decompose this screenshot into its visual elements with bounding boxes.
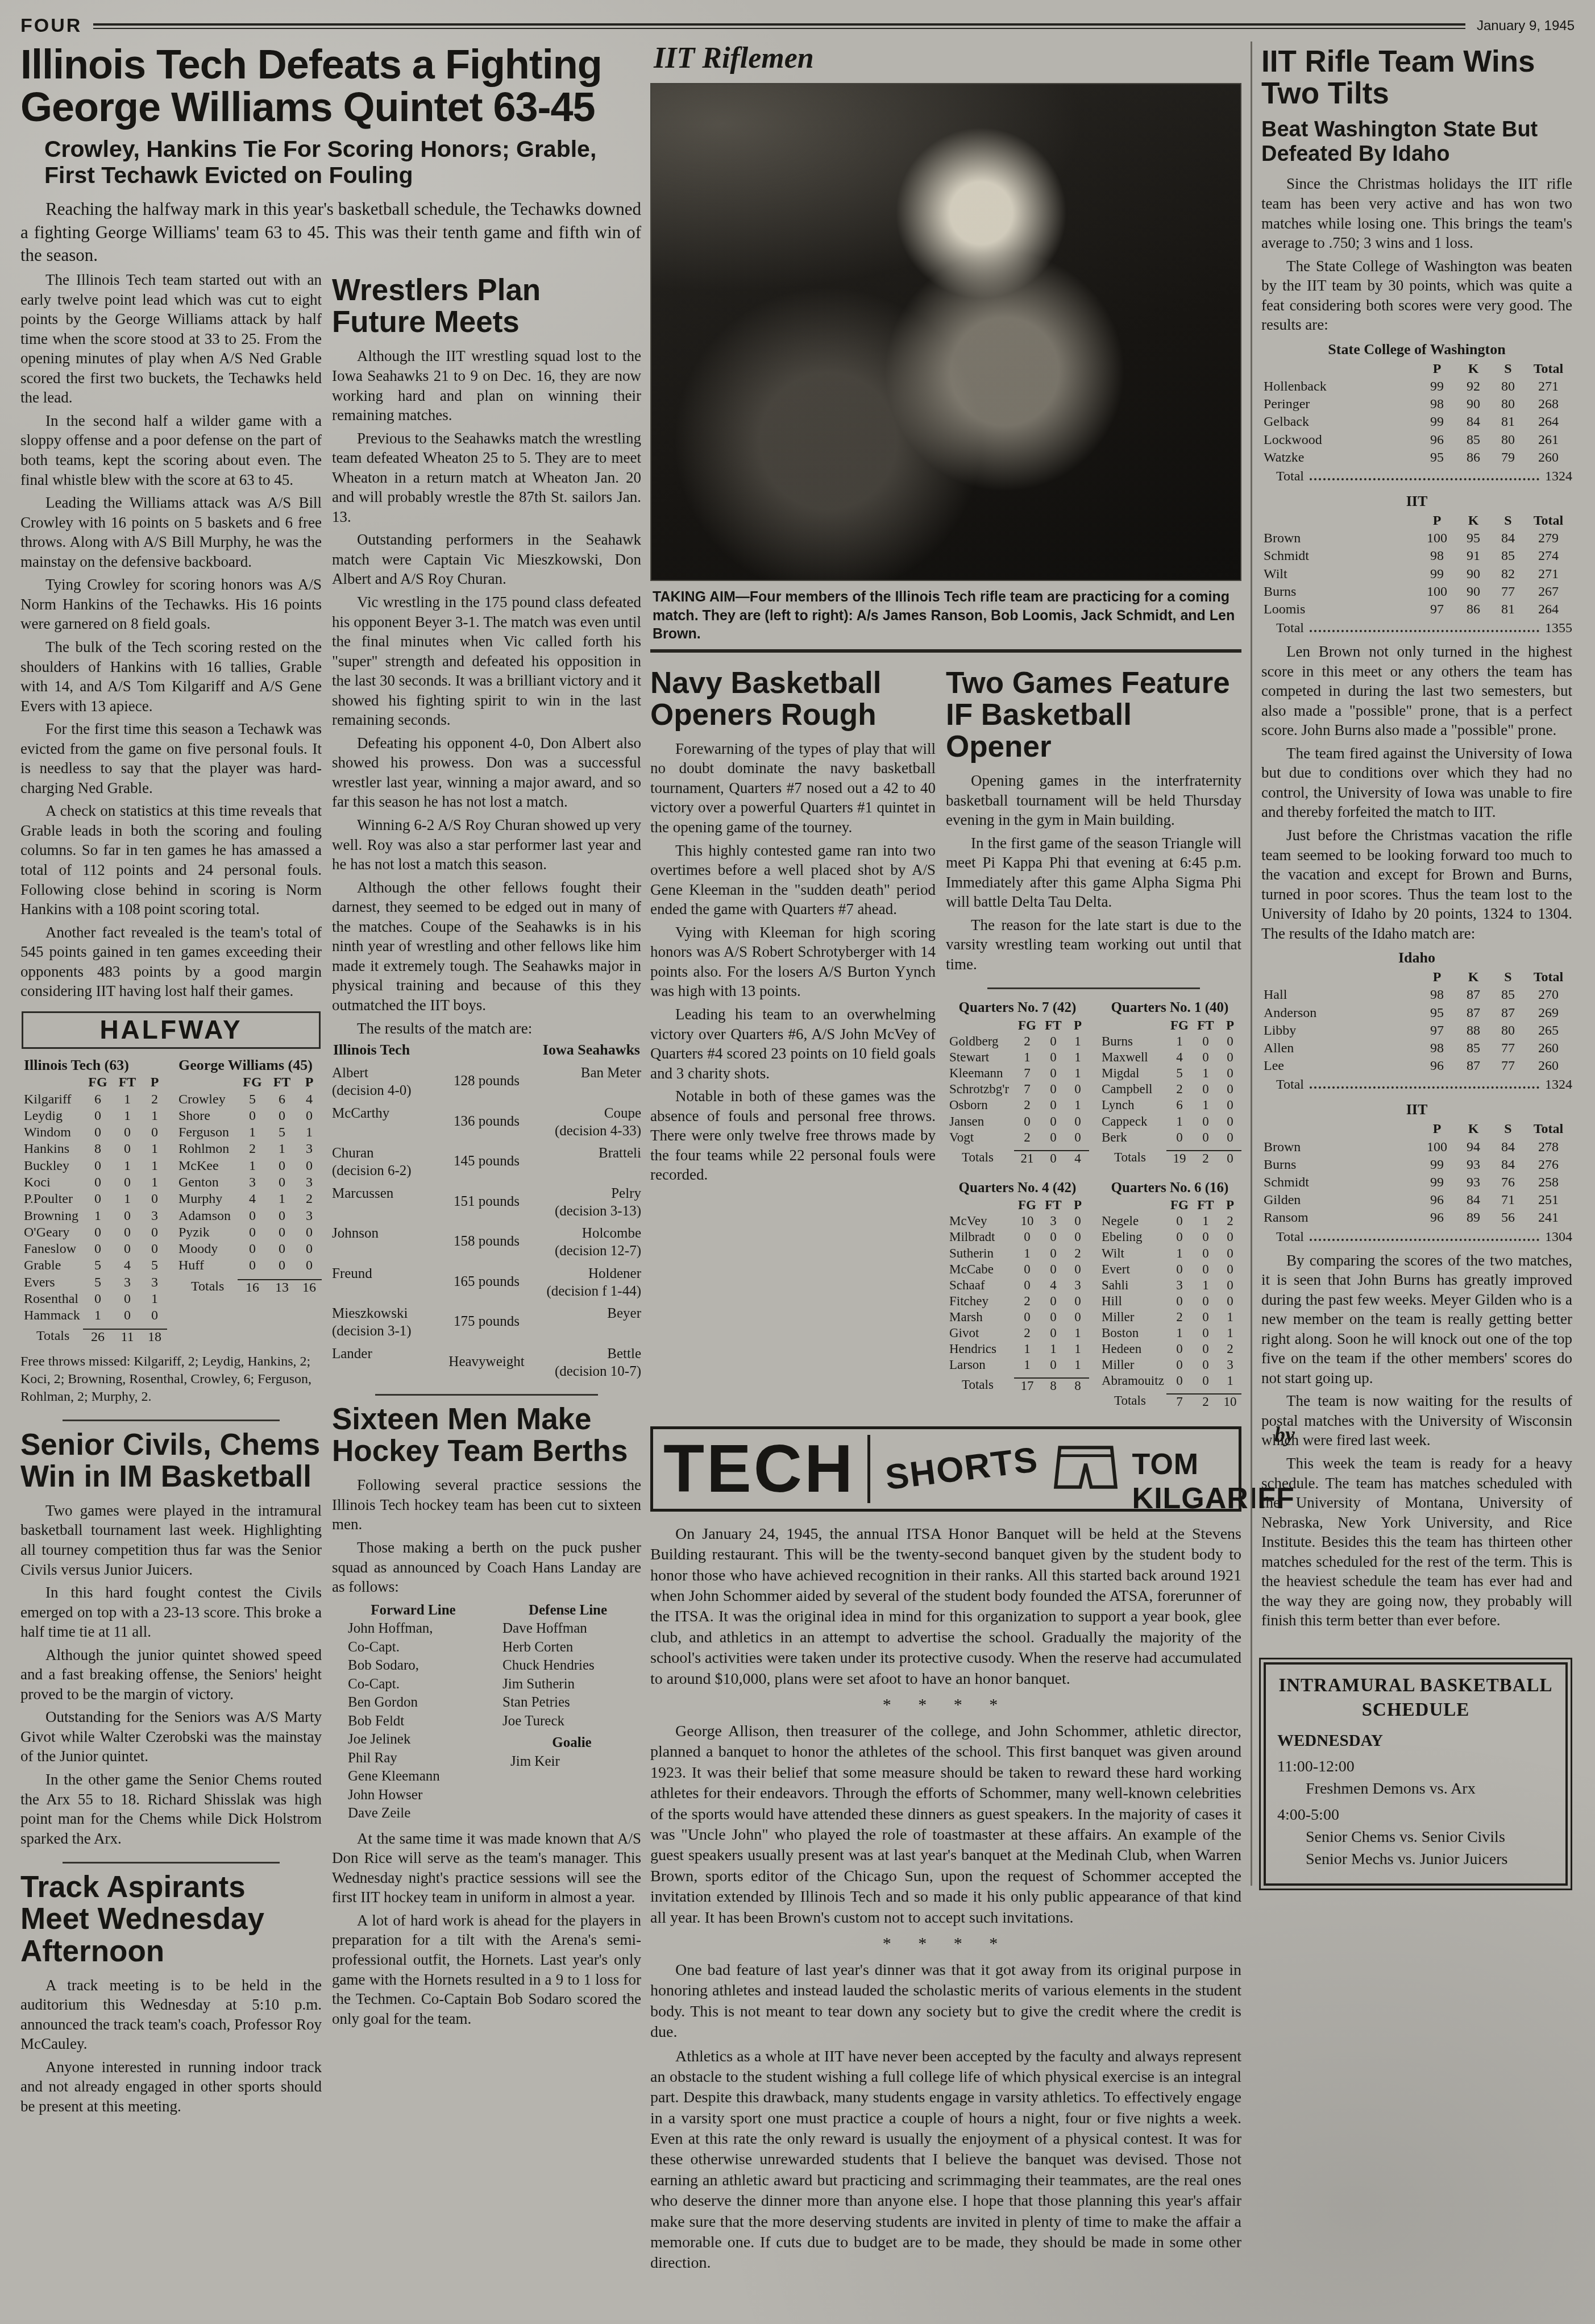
away-wrestler: Ban Meter (581, 1065, 641, 1081)
wrestling-result-row: Freund 165 pounds Holdener(decision f 1-… (332, 1265, 641, 1301)
column-headers: FG FT P (20, 1074, 167, 1091)
player-name: Maxwell (1098, 1049, 1166, 1065)
rifle-subhead: Beat Washington State But Defeated By Id… (1261, 118, 1572, 166)
article-divider (375, 1394, 598, 1396)
shooter-name: Watzke (1261, 449, 1419, 467)
player-name: Stewart (946, 1049, 1014, 1065)
player-rows: Kilgariff 6 1 2 Leydig 0 1 1 Windom (20, 1092, 167, 1325)
weight-class: Heavyweight (443, 1345, 530, 1381)
player-name: Hill (1098, 1293, 1166, 1309)
player-name: Co-Capt. (340, 1675, 487, 1694)
player-name: Vogt (946, 1130, 1014, 1146)
paragraph: Following several practice sessions the … (332, 1475, 641, 1534)
away-wrestler: Beyer (607, 1306, 641, 1321)
away-wrestler: Bettle (607, 1346, 641, 1362)
quarters-1-table: Quarters No. 1 (40) FG FT P Burns 1 0 (1098, 998, 1241, 1165)
home-wrestler: Marcussen (332, 1186, 393, 1201)
totals-row: Totals 16 13 16 (175, 1279, 322, 1296)
paragraph: This highly contested game ran into two … (650, 841, 936, 919)
home-wrestler: Albert (332, 1065, 368, 1081)
paragraph: The State College of Washington was beat… (1261, 256, 1572, 335)
quarters-7-table: Quarters No. 7 (42) FG FT P Goldberg 2 0 (946, 998, 1089, 1165)
paragraph: Anyone interested in running indoor trac… (20, 2057, 322, 2116)
wrestling-results-header: Illinois Tech Iowa Seahawks (333, 1041, 640, 1059)
article-divider (63, 1862, 280, 1864)
player-name: Boston (1098, 1325, 1166, 1341)
totals-row: Totals 17 8 8 (946, 1377, 1089, 1393)
totals-row: Totals 21 0 4 (946, 1150, 1089, 1166)
masthead-rule (93, 23, 1465, 29)
paragraph: Len Brown not only turned in the highest… (1261, 642, 1572, 740)
player-name: Bob Sodaro, (340, 1657, 487, 1675)
schedule-time: 4:00-5:00 (1277, 1804, 1554, 1826)
player-name: Joe Jelinek (340, 1730, 487, 1749)
section-rule (650, 649, 1241, 653)
player-name: Sahli (1098, 1277, 1166, 1293)
schedule-games: Freshmen Demons vs. Arx (1277, 1778, 1554, 1800)
paragraph: Forewarning of the types of play that wi… (650, 739, 936, 837)
player-name: Evers (20, 1275, 83, 1291)
paragraph: One bad feature of last year's dinner wa… (650, 1960, 1241, 2043)
masthead: FOUR January 9, 1945 (20, 15, 1575, 37)
shooter-name: Hollenback (1261, 378, 1419, 396)
paragraph: In the other game the Senior Chems route… (20, 1770, 322, 1848)
schedule-game: Senior Mechs vs. Junior Juicers (1277, 1848, 1554, 1870)
player-name: Faneslow (20, 1241, 83, 1258)
player-name: Berk (1098, 1130, 1166, 1146)
page-columns: Illinois Tech Defeats a Fighting George … (20, 42, 1575, 2277)
hockey-roster: Forward Line John Hoffman,Co-Capt.Bob So… (332, 1601, 641, 1823)
paragraph: A lot of hard work is ahead for the play… (332, 1911, 641, 2028)
player-name: Hedeen (1098, 1341, 1166, 1357)
lead-headline: Illinois Tech Defeats a Fighting George … (20, 44, 641, 129)
team-total-row: Total 1324 (1261, 1077, 1572, 1093)
home-wrestler: Mieszkowski (332, 1306, 408, 1321)
player-name: Adamson (175, 1208, 238, 1225)
player-name: McVey (946, 1213, 1014, 1229)
paragraph: Defeating his opponent 4-0, Don Albert a… (332, 733, 641, 812)
rifle-body-2: Len Brown not only turned in the highest… (1261, 642, 1572, 943)
paragraph: The team fired against the University of… (1261, 744, 1572, 822)
quarters-6-table: Quarters No. 6 (16) FG FT P Negele 0 1 (1098, 1178, 1241, 1409)
schedule-time: 11:00-12:00 (1277, 1756, 1554, 1778)
paragraph: Notable in both of these games was the a… (650, 1086, 936, 1185)
totals-row: Totals 7 2 10 (1098, 1393, 1241, 1409)
washington-team-name: State College of Washington (1261, 338, 1572, 360)
wrestling-result-row: Johnson 158 pounds Holcombe(decision 12-… (332, 1225, 641, 1260)
weight-class: 165 pounds (448, 1265, 525, 1301)
paragraph: Athletics as a whole at IIT have never b… (650, 2047, 1241, 2274)
iit-team-name: IIT (1261, 490, 1572, 512)
home-wrestler: Johnson (332, 1226, 379, 1241)
player-name: Stan Petries (495, 1694, 641, 1712)
weight-class: 136 pounds (448, 1105, 525, 1140)
paragraph: This week the team is ready for a heavy … (1261, 1454, 1572, 1630)
paragraph: At the same time it was made known that … (332, 1829, 641, 1907)
shooter-name: Gilden (1261, 1192, 1419, 1209)
wrestling-result-row: Churan(decision 6-2) 145 pounds Bratteli (332, 1144, 641, 1180)
halfway-box-title: HALFWAY (22, 1011, 321, 1049)
dotted-leader (1310, 478, 1539, 480)
player-name: Bob Feldt (340, 1712, 487, 1731)
player-name: Milbradt (946, 1229, 1014, 1245)
shooter-name: Loomis (1261, 601, 1419, 619)
team-name: George Williams (45) (175, 1056, 322, 1075)
away-decision: (decision 12-7) (525, 1242, 641, 1260)
schedule-day: WEDNESDAY (1277, 1730, 1554, 1752)
away-decision: (decision f 1-44) (525, 1283, 641, 1300)
home-wrestler: Freund (332, 1266, 372, 1281)
player-name: Fitchey (946, 1293, 1014, 1309)
shooter-name: Libby (1261, 1022, 1419, 1040)
team-name: Illinois Tech (63) (20, 1056, 167, 1075)
player-name: Moody (175, 1241, 238, 1258)
home-team: Illinois Tech (333, 1041, 410, 1059)
rifle-body-1: Since the Christmas holidays the IIT rif… (1261, 174, 1572, 334)
home-decision: (decision 6-2) (332, 1162, 448, 1180)
shooter-name: Brown (1261, 1139, 1419, 1156)
player-name: Burns (1098, 1034, 1166, 1049)
star-separator: * * * * (650, 1695, 1241, 1715)
player-name: McCabe (946, 1261, 1014, 1277)
column-2: Wrestlers Plan Future Meets Although the… (332, 270, 641, 2032)
paragraph: The reason for the late start is due to … (946, 915, 1241, 974)
paragraph: Vying with Kleeman for high scoring hono… (650, 923, 936, 1001)
paragraph: In this hard fought contest the Civils e… (20, 1583, 322, 1642)
shooter-name: Burns (1261, 1156, 1419, 1174)
weight-class: 175 pounds (448, 1305, 525, 1341)
player-name: McKee (175, 1158, 238, 1175)
player-name: John Howser (340, 1786, 487, 1805)
player-name: Wilt (1098, 1246, 1166, 1261)
player-name: Larson (946, 1357, 1014, 1373)
idaho-rows: Hall 98 87 85 270 Anderson 95 87 87 269 … (1261, 986, 1572, 1075)
free-throws-footnote: Free throws missed: Kilgariff, 2; Leydig… (20, 1353, 322, 1405)
issue-date: January 9, 1945 (1477, 18, 1575, 34)
photo-caption: TAKING AIM—Four members of the Illinois … (653, 588, 1239, 644)
if-basketball-column: Two Games Feature IF Basketball Opener O… (946, 663, 1241, 1409)
schedule-game: Senior Chems vs. Senior Civils (1277, 1826, 1554, 1848)
shooter-name: Burns (1261, 583, 1419, 601)
iit-team-name-2: IIT (1261, 1098, 1572, 1120)
column-headers: FG FT P (175, 1074, 322, 1091)
shooter-name: Lee (1261, 1057, 1419, 1075)
away-wrestler: Holcombe (582, 1226, 641, 1241)
player-name: Marsh (946, 1309, 1014, 1325)
player-name: John Hoffman, (340, 1620, 487, 1638)
player-name: Murphy (175, 1191, 238, 1207)
away-wrestler: Coupe (604, 1106, 641, 1121)
player-name: Koci (20, 1175, 83, 1191)
wrestling-result-row: Lander Heavyweight Bettle(decision 10-7) (332, 1345, 641, 1381)
schedule-game: Freshmen Demons vs. Arx (1277, 1778, 1554, 1800)
player-name: Gene Kleemann (340, 1767, 487, 1786)
goalie-list: Jim Keir (495, 1753, 641, 1771)
shooter-name: Schmidt (1261, 547, 1419, 565)
player-name: Lynch (1098, 1097, 1166, 1113)
player-name: Phil Ray (340, 1749, 487, 1768)
illinois-tech-box-score: Illinois Tech (63) FG FT P Kilgariff 6 1 (20, 1056, 167, 1346)
player-name: Hendrics (946, 1341, 1014, 1357)
iit-rows: Brown 100 95 84 279 Schmidt 98 91 85 274… (1261, 530, 1572, 619)
rifle-team-photo (650, 83, 1241, 581)
paragraph: The bulk of the Tech scoring rested on t… (20, 637, 322, 716)
player-name: Jim Keir (502, 1753, 641, 1771)
team-total-row: Total 1355 (1261, 621, 1572, 636)
middle-section: IIT Riflemen TAKING AIM—Four members of … (650, 42, 1241, 2277)
totals-row: Totals 19 2 0 (1098, 1150, 1241, 1166)
player-name: Migdal (1098, 1065, 1166, 1081)
home-decision: (decision 3-1) (332, 1322, 448, 1340)
dotted-leader (1310, 1239, 1539, 1241)
paragraph: Leading his team to an overwhelming vict… (650, 1005, 936, 1083)
player-name: Leydig (20, 1108, 83, 1124)
rifle-headline: IIT Rifle Team Wins Two Tilts (1261, 46, 1572, 110)
player-name: Ebeling (1098, 1229, 1166, 1245)
team-total-row: Total 1304 (1261, 1230, 1572, 1245)
player-name: Kleemann (946, 1065, 1014, 1081)
halfway-box-score: Illinois Tech (63) FG FT P Kilgariff 6 1 (20, 1056, 322, 1346)
paragraph: Winning 6-2 A/S Roy Churan showed up ver… (332, 815, 641, 874)
hockey-outro: At the same time it was made known that … (332, 1829, 641, 2028)
totals-row: Totals 26 11 18 (20, 1329, 167, 1345)
if-body: Opening games in the interfraternity bas… (946, 771, 1241, 974)
player-name: Shore (175, 1108, 238, 1124)
player-name: Dave Hoffman (495, 1620, 641, 1638)
wrestling-result-row: Albert(decision 4-0) 128 pounds Ban Mete… (332, 1064, 641, 1100)
player-rows: Crowley 5 6 4 Shore 0 0 0 Ferguson (175, 1092, 322, 1275)
shooter-name: Allen (1261, 1040, 1419, 1057)
player-name: Cappeck (1098, 1114, 1166, 1130)
player-name: Dave Zeile (340, 1804, 487, 1823)
rifle-body-3: By comparing the scores of the two match… (1261, 1251, 1572, 1630)
dotted-leader (1310, 1086, 1539, 1089)
player-name: Co-Capt. (340, 1638, 487, 1657)
player-name: Windom (20, 1124, 83, 1141)
paragraph: By comparing the scores of the two match… (1261, 1251, 1572, 1388)
schedule-games: Senior Chems vs. Senior CivilsSenior Mec… (1277, 1826, 1554, 1870)
lead-body: The Illinois Tech team started out with … (20, 270, 322, 1001)
george-williams-box-score: George Williams (45) FG FT P Crowley 5 6 (175, 1056, 322, 1346)
paragraph: In the first game of the season Triangle… (946, 833, 1241, 912)
paragraph: A check on statistics at this time revea… (20, 801, 322, 919)
away-decision: (decision 10-7) (530, 1363, 641, 1380)
shorts-logo-text: SHORTS (883, 1439, 1041, 1498)
player-name: Jim Sutherin (495, 1675, 641, 1694)
shooter-name: Brown (1261, 530, 1419, 547)
paragraph: Another fact revealed is the team's tota… (20, 923, 322, 1001)
player-name: Schaaf (946, 1277, 1014, 1293)
navy-basketball-column: Navy Basketball Openers Rough Forewarnin… (650, 663, 936, 1188)
player-name: Huff (175, 1258, 238, 1274)
player-name: Crowley (175, 1092, 238, 1108)
shooter-name: Gelback (1261, 413, 1419, 431)
player-name: Abramouitz (1098, 1373, 1166, 1389)
player-name: Hammack (20, 1308, 83, 1324)
player-name: Rohlmon (175, 1141, 238, 1157)
player-name: Genton (175, 1175, 238, 1191)
dotted-leader (1310, 630, 1539, 632)
wrestling-result-row: Marcussen 151 pounds Pelry(decision 3-13… (332, 1185, 641, 1221)
shooter-name: Schmidt (1261, 1174, 1419, 1192)
hockey-headline: Sixteen Men Make Hockey Team Berths (332, 1404, 641, 1467)
player-name: Kilgariff (20, 1092, 83, 1108)
player-name: Chuck Hendries (495, 1657, 641, 1675)
home-decision: (decision 4-0) (332, 1082, 448, 1099)
player-name: Rosenthal (20, 1291, 83, 1308)
away-team: Iowa Seahawks (543, 1041, 640, 1059)
shooter-name: Hall (1261, 986, 1419, 1004)
player-name: Joe Tureck (495, 1712, 641, 1731)
player-name: Buckley (20, 1158, 83, 1175)
paragraph: Those making a berth on the puck pusher … (332, 1538, 641, 1597)
paragraph: Opening games in the interfraternity bas… (946, 771, 1241, 830)
defense-line-list: Dave HoffmanHerb CortenChuck HendriesJim… (487, 1620, 641, 1730)
player-name: Sutherin (946, 1246, 1014, 1261)
paragraph: Just before the Christmas vacation the r… (1261, 825, 1572, 943)
player-name: Campbell (1098, 1081, 1166, 1097)
iit-rows-2: Brown 100 94 84 278 Burns 99 93 84 276 S… (1261, 1139, 1572, 1227)
goalie-title: Goalie (495, 1734, 641, 1753)
paragraph: Outstanding performers in the Seahawk ma… (332, 530, 641, 589)
paragraph: The Illinois Tech team started out with … (20, 270, 322, 408)
im-basketball-body: Two games were played in the intramural … (20, 1501, 322, 1848)
paragraph: Although the junior quintet showed speed… (20, 1645, 322, 1704)
paragraph: The results of the match are: (332, 1019, 641, 1039)
player-name: Pyzik (175, 1225, 238, 1241)
player-name: Hankins (20, 1141, 83, 1157)
shooter-name: Lockwood (1261, 431, 1419, 449)
player-name: Herb Corten (495, 1638, 641, 1657)
wrestling-body: Although the IIT wrestling squad lost to… (332, 346, 641, 1038)
hockey-intro: Following several practice sessions the … (332, 1475, 641, 1596)
column-1: The Illinois Tech team started out with … (20, 270, 322, 2119)
schedule-title-line2: SCHEDULE (1277, 1698, 1554, 1723)
lead-paragraphs: Reaching the halfway mark in this year's… (20, 198, 641, 267)
shooter-name: Wilt (1261, 566, 1419, 583)
lead-story-section: Illinois Tech Defeats a Fighting George … (20, 42, 641, 2120)
player-name: P.Poulter (20, 1191, 83, 1207)
newspaper-page: FOUR January 9, 1945 Illinois Tech Defea… (0, 0, 1595, 2324)
paragraph: For the first time this season a Techawk… (20, 719, 322, 798)
paragraph: Leading the Williams attack was A/S Bill… (20, 493, 322, 571)
defense-line-title: Defense Line (487, 1601, 641, 1620)
track-headline: Track Aspirants Meet Wednesday Afternoon (20, 1871, 322, 1968)
wrestling-result-row: Mieszkowski(decision 3-1) 175 pounds Bey… (332, 1305, 641, 1341)
tech-logo-text: TECH (663, 1435, 855, 1503)
player-name: Givot (946, 1325, 1014, 1341)
paragraph: Since the Christmas holidays the IIT rif… (1261, 174, 1572, 252)
paragraph: Tying Crowley for scoring honors was A/S… (20, 575, 322, 634)
forward-line-title: Forward Line (332, 1601, 487, 1620)
rifle-column: IIT Rifle Team Wins Two Tilts Beat Washi… (1251, 42, 1572, 1886)
player-name: Goldberg (946, 1034, 1014, 1049)
paragraph: Two games were played in the intramural … (20, 1501, 322, 1579)
paragraph: The team is now waiting for the results … (1261, 1391, 1572, 1450)
track-body: A track meeting is to be held in the aud… (20, 1976, 322, 2116)
player-name: Schrotzbg'r (946, 1081, 1014, 1097)
home-wrestler: Lander (332, 1346, 372, 1362)
paragraph: Although the other fellows fought their … (332, 878, 641, 1015)
quarters-4-table: Quarters No. 4 (42) FG FT P McVey 10 3 (946, 1178, 1089, 1409)
away-decision: (decision 4-33) (525, 1122, 641, 1140)
article-divider (987, 987, 1200, 989)
intramural-schedule-box: INTRAMURAL BASKETBALL SCHEDULE WEDNESDAY… (1264, 1662, 1568, 1886)
idaho-team-name: Idaho (1261, 947, 1572, 969)
tech-shorts-section: TECH SHORTS by TOM KILGARIFF On January … (650, 1426, 1241, 2274)
home-wrestler: McCarthy (332, 1106, 389, 1121)
player-name: Miller (1098, 1309, 1166, 1325)
player-name: Browning (20, 1208, 83, 1225)
weight-class: 128 pounds (448, 1064, 525, 1100)
shorts-icon (1052, 1443, 1120, 1494)
player-name: Negele (1098, 1213, 1166, 1229)
paragraph: Vic wrestling in the 175 pound class def… (332, 592, 641, 730)
away-decision: (decision 3-13) (525, 1202, 641, 1220)
paragraph: On January 24, 1945, the annual ITSA Hon… (650, 1524, 1241, 1690)
page-number: FOUR (20, 15, 82, 37)
weight-class: 151 pounds (448, 1185, 525, 1221)
paragraph: George Allison, then treasurer of the co… (650, 1721, 1241, 1928)
shooter-name: Ransom (1261, 1209, 1419, 1227)
quarters-box-scores: Quarters No. 7 (42) FG FT P Goldberg 2 0 (946, 998, 1241, 1409)
washington-rows: Hollenback 99 92 80 271 Peringer 98 90 8… (1261, 378, 1572, 467)
if-headline: Two Games Feature IF Basketball Opener (946, 667, 1241, 763)
player-name: Miller (1098, 1357, 1166, 1373)
navy-headline: Navy Basketball Openers Rough (650, 667, 936, 731)
paragraph: Although the IIT wrestling squad lost to… (332, 346, 641, 425)
away-wrestler: Holdener (588, 1266, 641, 1281)
player-name: Osborn (946, 1097, 1014, 1113)
forward-line-list: John Hoffman,Co-Capt.Bob Sodaro,Co-Capt.… (332, 1620, 487, 1823)
team-total-row: Total 1324 (1261, 469, 1572, 484)
photo-kicker: IIT Riflemen (654, 42, 1241, 75)
weight-class: 145 pounds (448, 1144, 525, 1180)
home-wrestler: Churan (332, 1146, 374, 1161)
player-name: Ferguson (175, 1124, 238, 1141)
wrestling-results: Albert(decision 4-0) 128 pounds Ban Mete… (332, 1064, 641, 1380)
lead-subhead: Crowley, Hankins Tie For Scoring Honors;… (20, 136, 641, 189)
shooter-name: Peringer (1261, 396, 1419, 413)
paragraph: Previous to the Seahawks match the wrest… (332, 429, 641, 527)
away-wrestler: Bratteli (599, 1146, 641, 1161)
schedule-title-line1: INTRAMURAL BASKETBALL (1277, 1674, 1554, 1698)
paragraph: Outstanding for the Seniors was A/S Mart… (20, 1707, 322, 1766)
article-divider (63, 1420, 280, 1421)
paragraph: In the second half a wilder game with a … (20, 411, 322, 489)
navy-body: Forewarning of the types of play that wi… (650, 739, 936, 1185)
wrestling-result-row: McCarthy 136 pounds Coupe(decision 4-33) (332, 1105, 641, 1140)
paragraph: Reaching the halfway mark in this year's… (20, 198, 641, 267)
player-name: O'Geary (20, 1225, 83, 1241)
wrestling-headline: Wrestlers Plan Future Meets (332, 275, 641, 338)
shooter-name: Anderson (1261, 1005, 1419, 1022)
star-separator: * * * * (650, 1934, 1241, 1953)
weight-class: 158 pounds (448, 1225, 525, 1260)
im-basketball-headline: Senior Civils, Chems Win in IM Basketbal… (20, 1429, 322, 1493)
tech-shorts-logo: TECH SHORTS by TOM KILGARIFF (650, 1426, 1241, 1512)
paragraph: A track meeting is to be held in the aud… (20, 1976, 322, 2054)
player-name: Grable (20, 1258, 83, 1274)
player-name: Ben Gordon (340, 1694, 487, 1712)
away-wrestler: Pelry (611, 1186, 641, 1201)
player-name: Jansen (946, 1114, 1014, 1130)
player-name: Evert (1098, 1261, 1166, 1277)
